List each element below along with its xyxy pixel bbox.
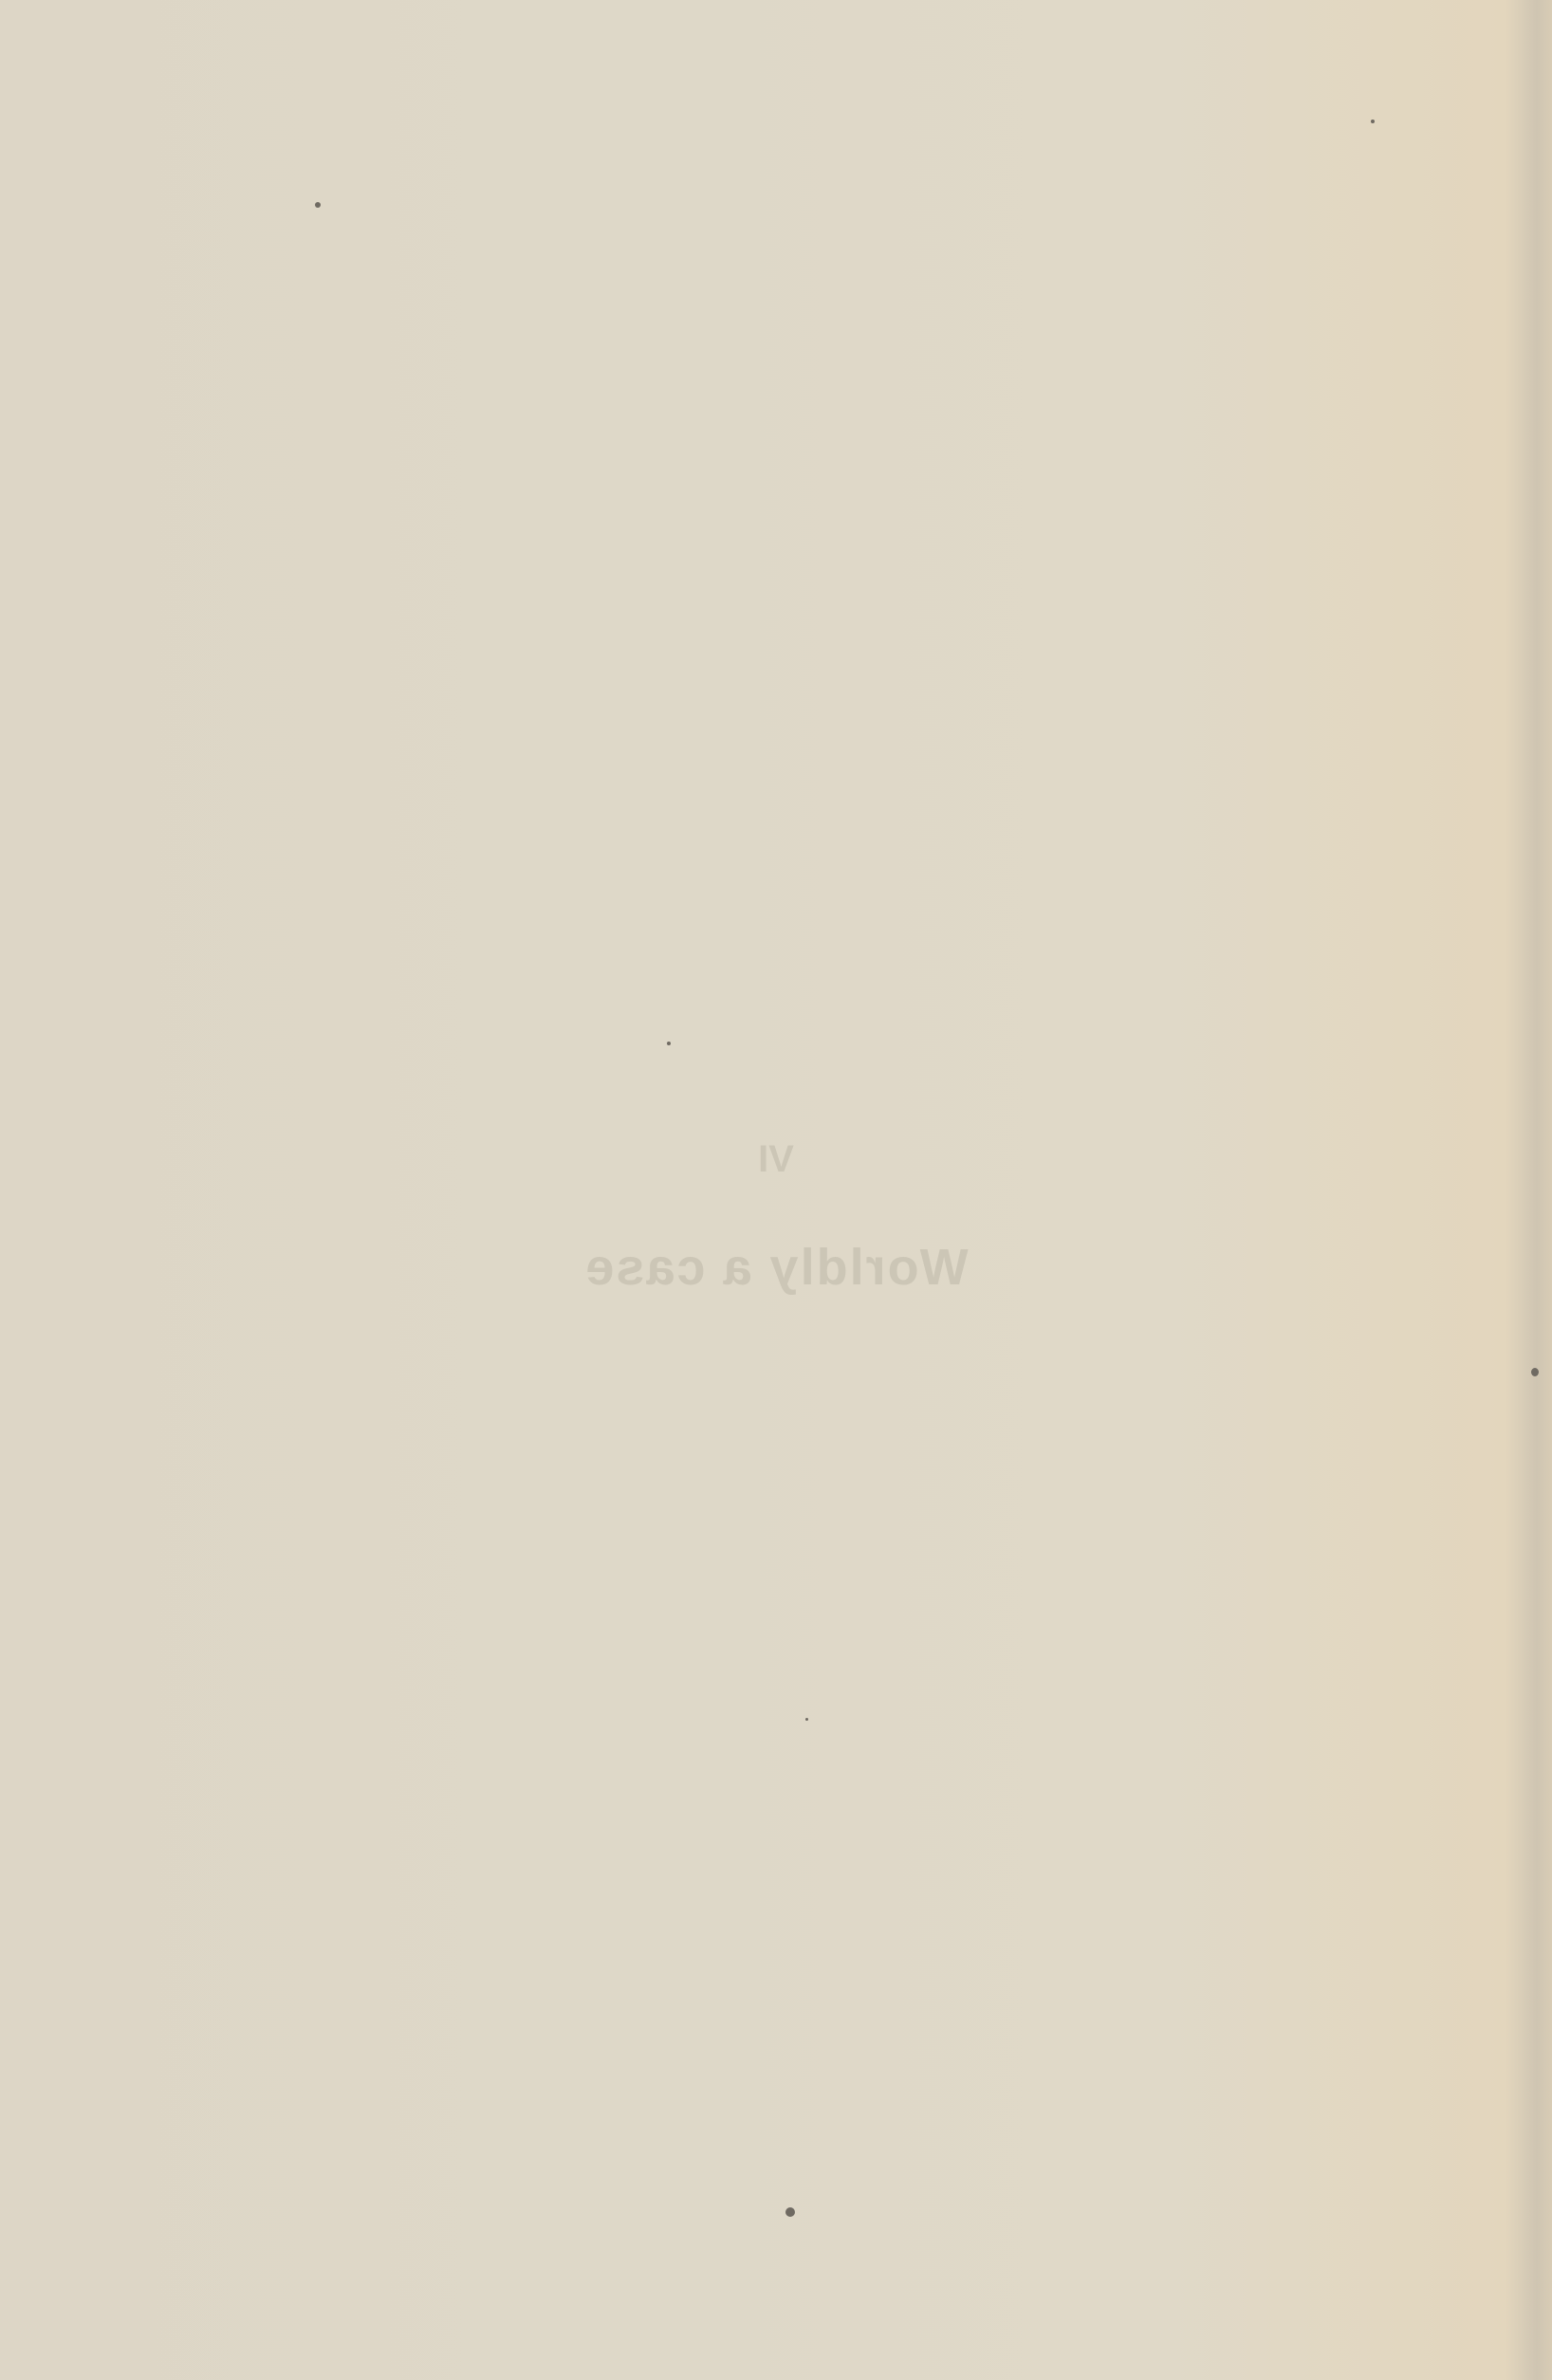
bleed-through-chapter-numeral: VI: [0, 1138, 1552, 1181]
paper-speck: [667, 1042, 671, 1045]
paper-speck: [1371, 120, 1375, 123]
paper-speck: [785, 2207, 795, 2217]
blank-book-page: VI Worldly a case: [0, 0, 1552, 2380]
paper-speck: [1531, 1368, 1539, 1376]
bleed-through-title: Worldly a case: [0, 1238, 1552, 1297]
paper-speck: [315, 202, 321, 208]
paper-speck: [805, 1718, 808, 1721]
